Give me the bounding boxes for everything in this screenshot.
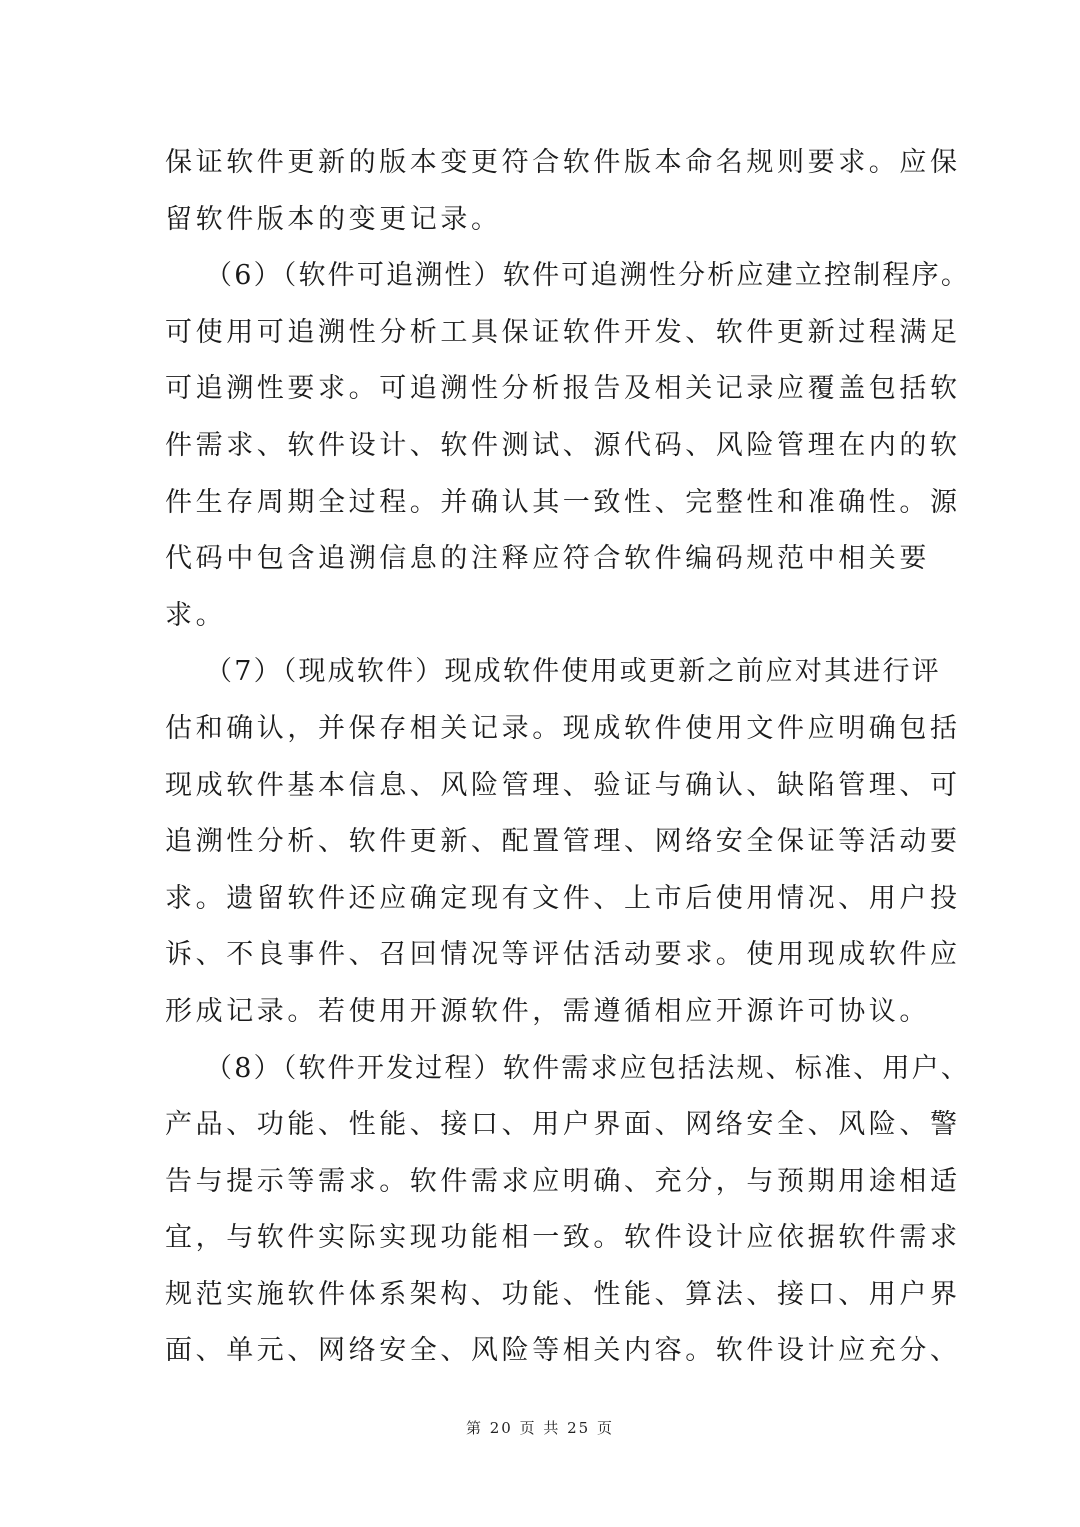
section-heading-line-8: （8）（软件开发过程）软件需求应包括法规、标准、用户、 [165,1041,925,1098]
text-line: 宜，与软件实际实现功能相一致。软件设计应依据软件需求 [165,1210,925,1267]
text-line: 告与提示等需求。软件需求应明确、充分，与预期用途相适 [165,1154,925,1211]
text-line: 保证软件更新的版本变更符合软件版本命名规则要求。应保 [165,135,925,192]
text-line: 估和确认，并保存相关记录。现成软件使用文件应明确包括 [165,701,925,758]
text-line: 可使用可追溯性分析工具保证软件开发、软件更新过程满足 [165,305,925,362]
page-number-footer: 第 20 页 共 25 页 [0,1417,1080,1438]
text-line: 诉、不良事件、召回情况等评估活动要求。使用现成软件应 [165,927,925,984]
text-line: 现成软件基本信息、风险管理、验证与确认、缺陷管理、可 [165,758,925,815]
text-line: 件需求、软件设计、软件测试、源代码、风险管理在内的软 [165,418,925,475]
text-line: 留软件版本的变更记录。 [165,192,925,249]
text-line: 可追溯性要求。可追溯性分析报告及相关记录应覆盖包括软 [165,361,925,418]
text-line: 件生存周期全过程。并确认其一致性、完整性和准确性。源 [165,475,925,532]
body-text: 保证软件更新的版本变更符合软件版本命名规则要求。应保 留软件版本的变更记录。 （… [165,135,925,1380]
section-heading-line-6: （6）（软件可追溯性）软件可追溯性分析应建立控制程序。 [165,248,925,305]
text-line: 产品、功能、性能、接口、用户界面、网络安全、风险、警 [165,1097,925,1154]
text-line: 代码中包含追溯信息的注释应符合软件编码规范中相关要 [165,531,925,588]
text-line: 追溯性分析、软件更新、配置管理、网络安全保证等活动要 [165,814,925,871]
text-line: 面、单元、网络安全、风险等相关内容。软件设计应充分、 [165,1323,925,1380]
text-line: 规范实施软件体系架构、功能、性能、算法、接口、用户界 [165,1267,925,1324]
document-page: 保证软件更新的版本变更符合软件版本命名规则要求。应保 留软件版本的变更记录。 （… [0,0,1080,1527]
text-line: 形成记录。若使用开源软件，需遵循相应开源许可协议。 [165,984,925,1041]
text-line: 求。 [165,588,925,645]
section-heading-line-7: （7）（现成软件）现成软件使用或更新之前应对其进行评 [165,644,925,701]
text-line: 求。遗留软件还应确定现有文件、上市后使用情况、用户投 [165,871,925,928]
